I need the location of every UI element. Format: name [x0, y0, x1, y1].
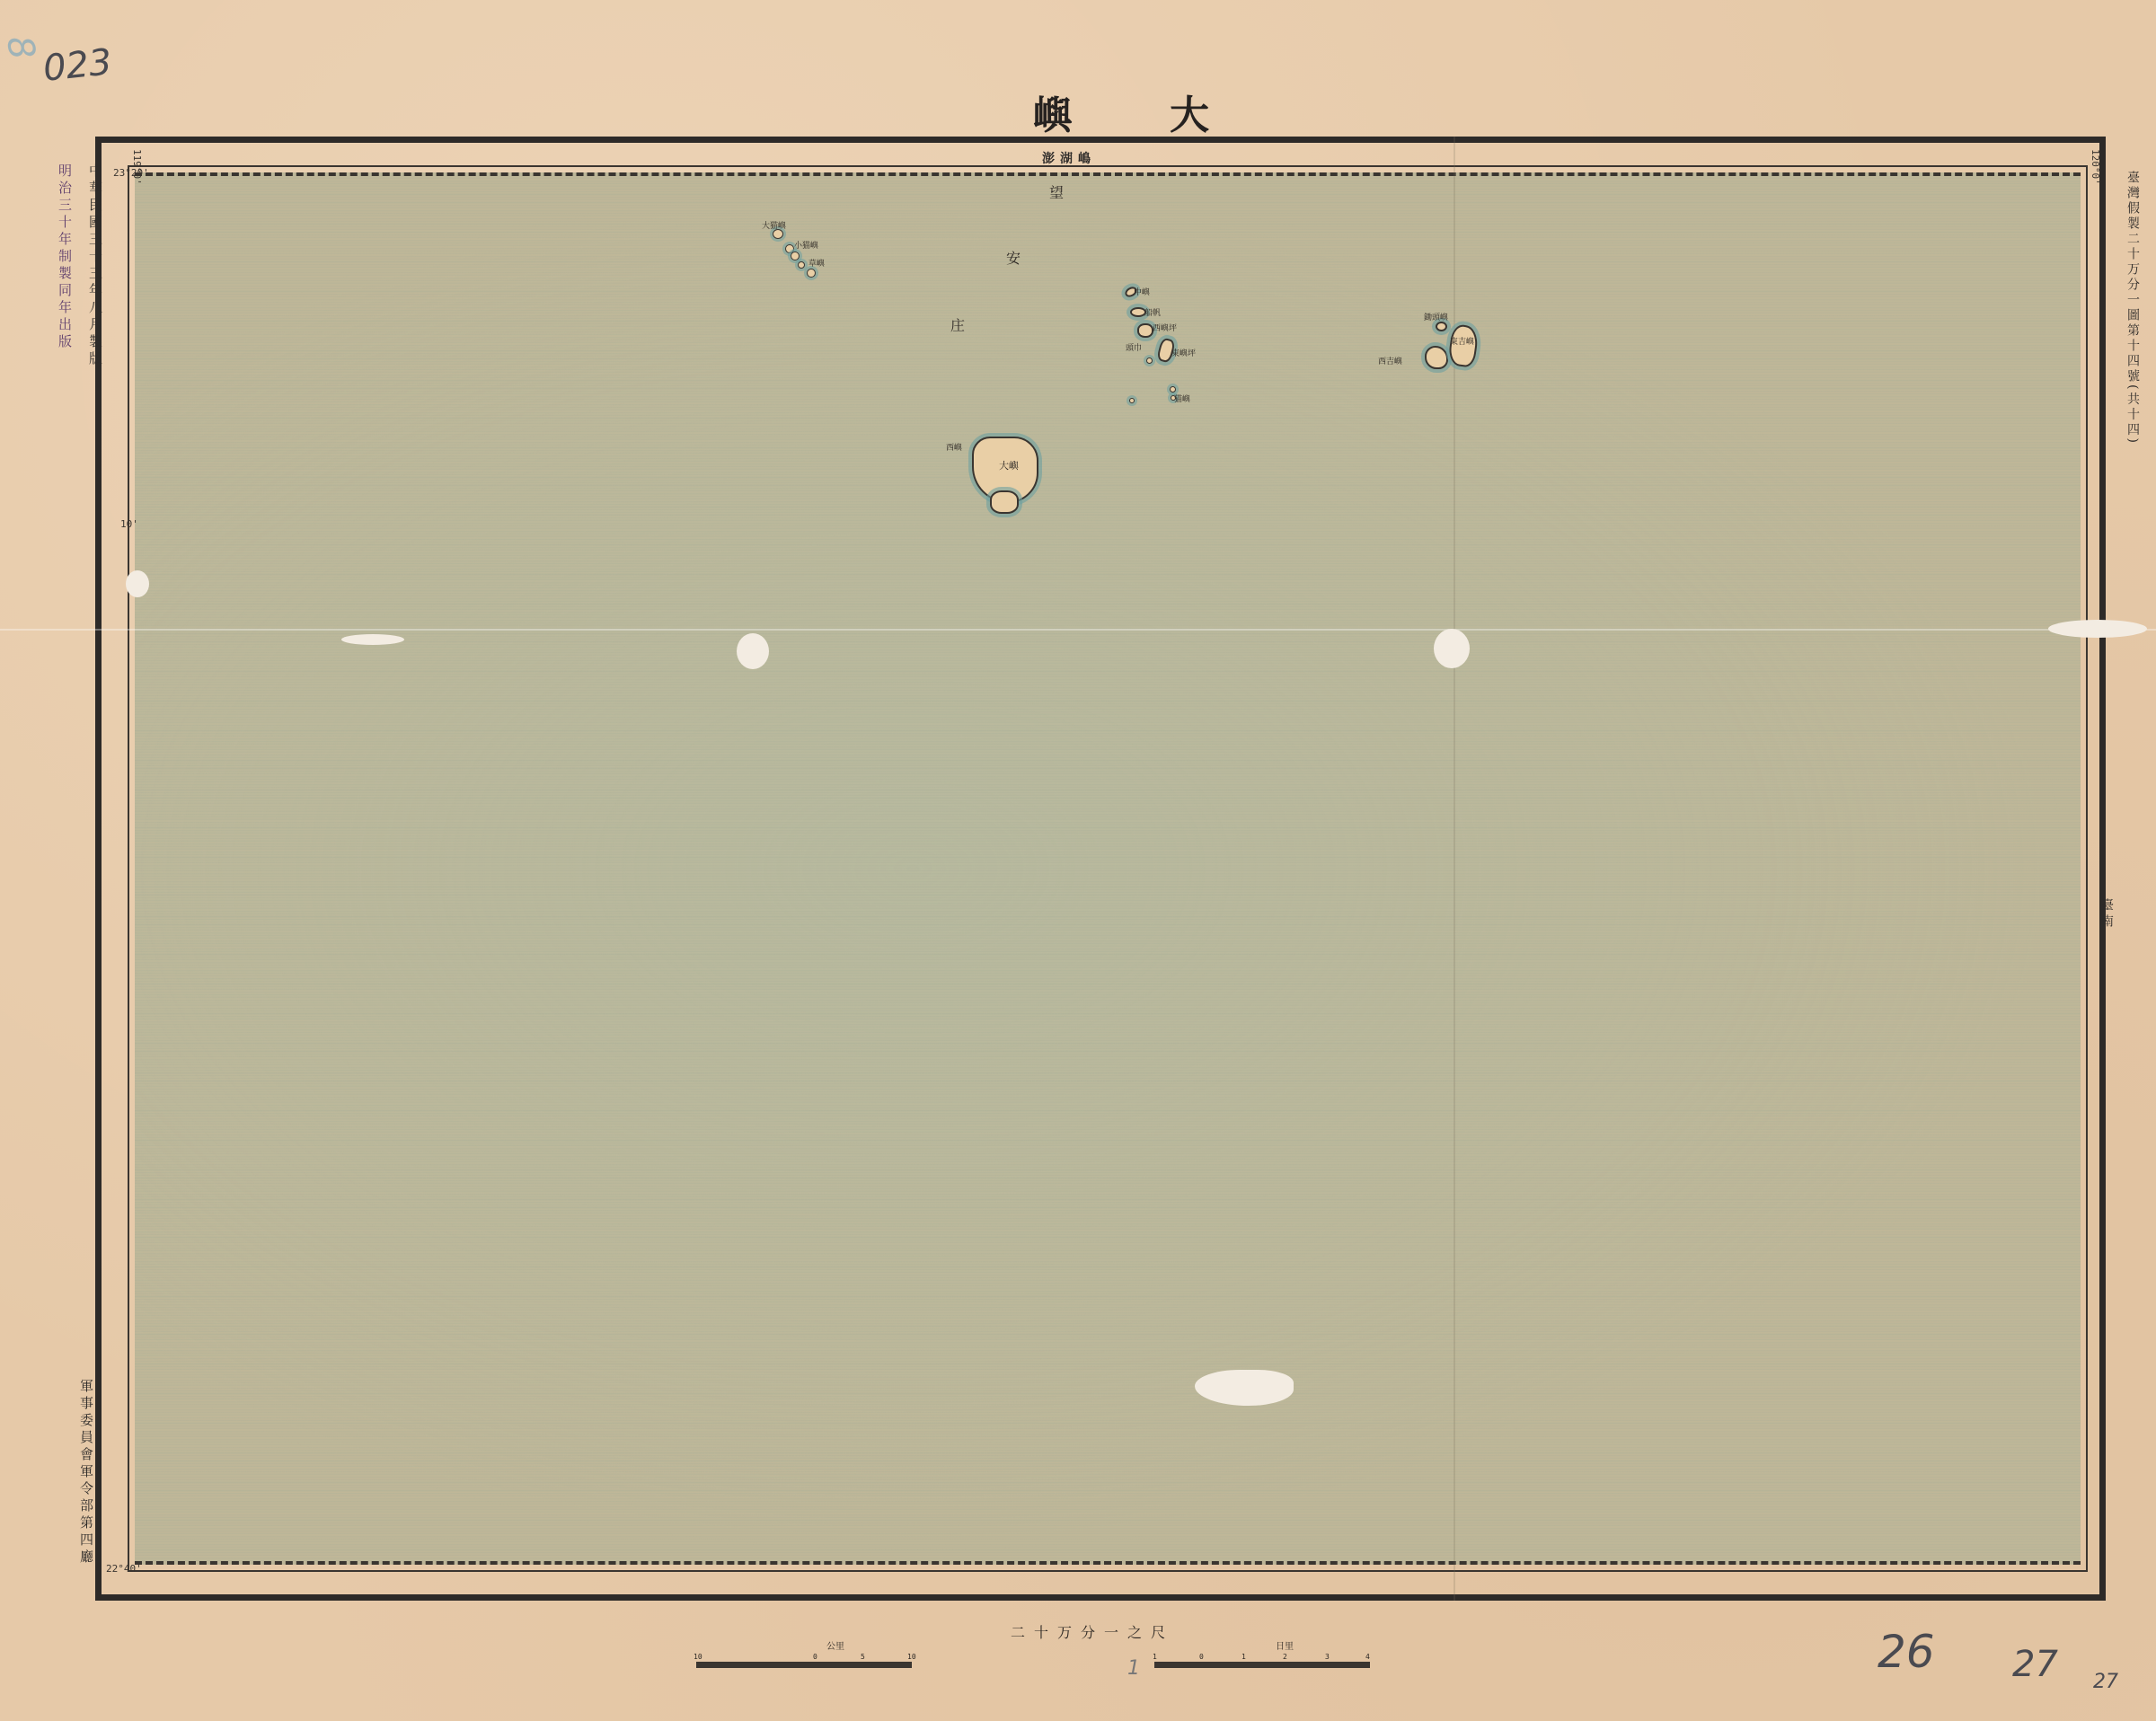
map-area-sea [135, 172, 2081, 1565]
scale-tick: 1 [1153, 1653, 1157, 1661]
publisher: 軍事委員會軍令部第四廳 [77, 1379, 96, 1567]
scale-tick: 10 [694, 1653, 702, 1661]
series-title: 臺灣假製二十万分一圖第十四號(共十四) [2124, 171, 2142, 446]
scale-tick: 0 [1199, 1653, 1204, 1661]
label-toujin: 頭巾 [1126, 341, 1142, 353]
coord-left-tick: 10' [120, 518, 138, 530]
fold-line-horizontal [0, 629, 2156, 631]
handwritten-sheet-number: 023 [41, 41, 114, 90]
handwritten-number-27-small: 27 [2093, 1671, 2118, 1693]
handwritten-number-26: 26 [1878, 1626, 1935, 1678]
scale-tick: 3 [1325, 1653, 1330, 1661]
scale-bar-km [696, 1662, 912, 1668]
scale-left-unit: 公里 [826, 1638, 844, 1652]
paper-damage [1434, 629, 1470, 668]
scale-title: 二十万分一之尺 [1011, 1621, 1174, 1642]
islet [1170, 386, 1176, 393]
right-edge-label: 臺南 [2098, 898, 2116, 931]
island-small [798, 261, 805, 269]
island-xiji [1425, 346, 1448, 369]
scale-bar: 二十万分一之尺 公里 日里 10 0 5 10 1 0 1 2 3 4 [692, 1635, 1500, 1680]
scale-tick: 4 [1365, 1653, 1370, 1661]
scale-tick: 1 [1241, 1653, 1246, 1661]
label-zhong: 中嶼 [1134, 286, 1150, 297]
coord-top-right-lon: 120°0' [2090, 149, 2101, 185]
island-cao [807, 269, 816, 278]
scale-tick: 0 [813, 1653, 817, 1661]
title-char-2: 大 [1170, 83, 1213, 140]
label-dongyuping: 東嶼坪 [1171, 347, 1196, 358]
label-xiyuping: 西嶼坪 [1153, 322, 1177, 333]
place-label-an: 安 [1006, 247, 1021, 268]
edition-date: 中華民國三十三年八月製版 [86, 163, 105, 368]
island-chutou [1436, 322, 1447, 331]
map-title: 嶼 大 [1033, 83, 1213, 140]
label-maoyu: 猫嶼 [1174, 393, 1190, 404]
original-survey-note: 明治三十年制製同年出版 [56, 163, 75, 351]
label-dmao: 大猫嶼 [762, 219, 786, 231]
island-xmao-2 [791, 252, 800, 260]
islet [1129, 398, 1135, 403]
place-label-wang: 望 [1049, 181, 1064, 202]
label-xmao: 小猫嶼 [794, 239, 818, 251]
paper-damage [126, 570, 149, 597]
place-label-zhuang: 庄 [950, 314, 965, 335]
label-dongji: 東吉嶼 [1450, 335, 1474, 347]
pencil-mark: 1 [1127, 1657, 1140, 1680]
paper-damage [341, 634, 404, 645]
label-xiji: 西吉嶼 [1378, 355, 1402, 366]
scale-tick: 10 [907, 1653, 916, 1661]
scale-tick: 2 [1283, 1653, 1287, 1661]
top-edge-label: 澎湖嶋 [1042, 149, 1096, 167]
scale-right-unit: 日里 [1276, 1638, 1294, 1652]
islet [1146, 357, 1153, 364]
scale-tick: 5 [861, 1653, 865, 1661]
label-chutou: 鋤頭嶼 [1424, 311, 1448, 322]
scale-bar-ri [1154, 1662, 1370, 1668]
coord-bottom-left-lat: 22°40' [106, 1563, 142, 1575]
handwritten-number-27: 27 [2012, 1644, 2058, 1685]
paper-damage [2048, 620, 2147, 638]
island-xiyuping [1137, 323, 1153, 338]
title-char-1: 嶼 [1033, 83, 1076, 140]
island-dayu-south [990, 490, 1019, 514]
label-cao: 草嶼 [808, 257, 825, 269]
paper-damage [737, 633, 769, 669]
label-chuan: 船帆 [1144, 306, 1161, 318]
label-xiyu-cape: 西嶼 [946, 441, 962, 453]
coord-top-left-lon: 119°0' [131, 149, 143, 185]
label-dayu: 大嶼 [999, 458, 1019, 472]
